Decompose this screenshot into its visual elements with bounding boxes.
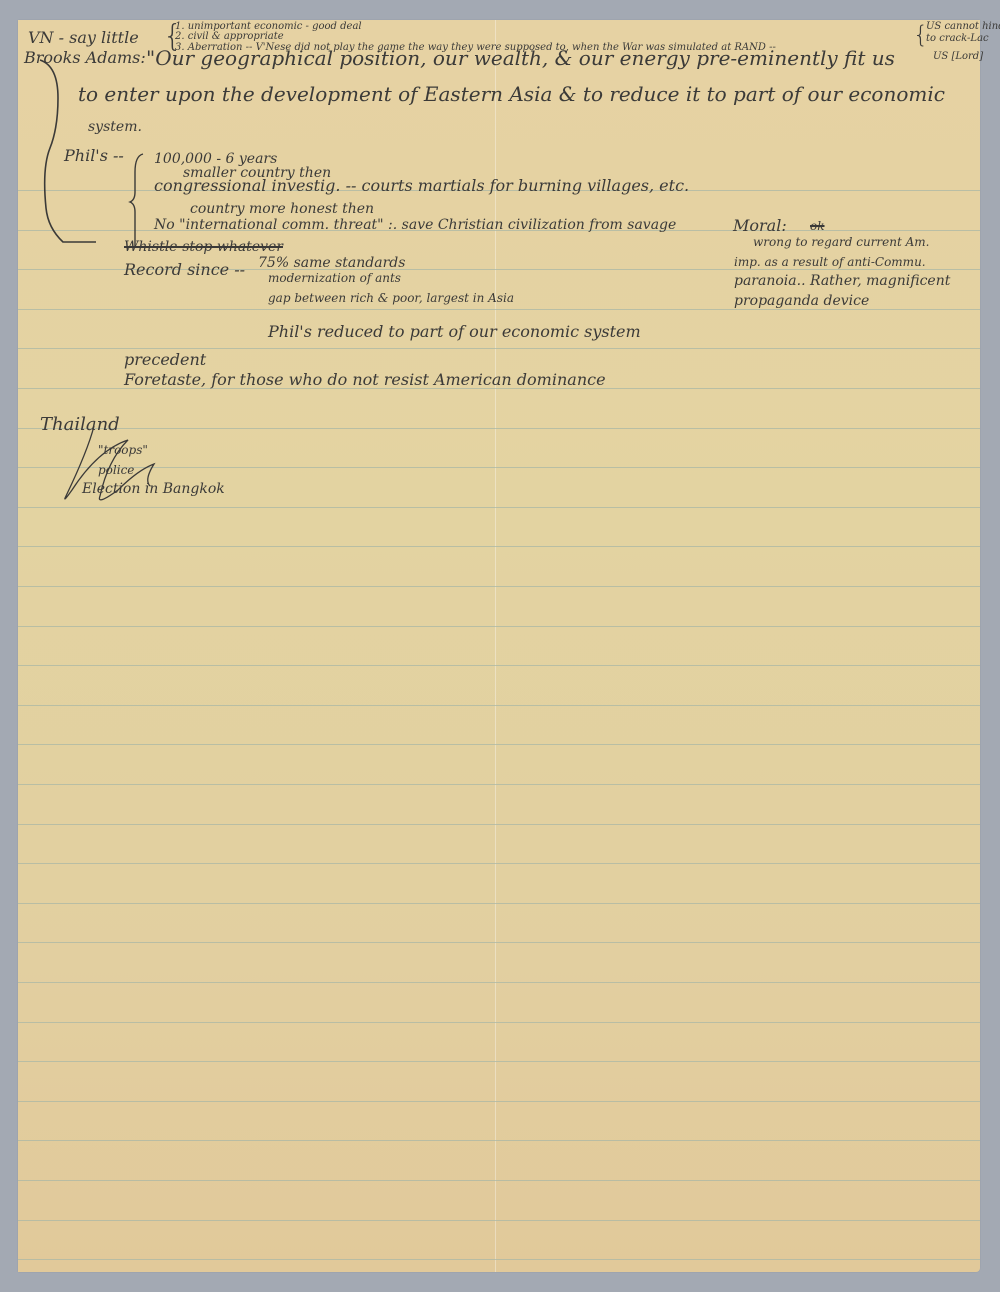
ruled-line — [18, 744, 980, 745]
ruled-line — [18, 863, 980, 864]
ruled-line — [18, 705, 980, 706]
rand-note-1: US cannot hinder home — [926, 22, 1000, 32]
ruled-line — [18, 982, 980, 983]
ruled-line — [18, 586, 980, 587]
moral-line-2: imp. as a result of anti-Commu. — [734, 256, 926, 268]
ruled-line — [18, 824, 980, 825]
ruled-line — [18, 665, 980, 666]
legal-paper-sheet: VN - say little { 1. unimportant economi… — [18, 20, 980, 1272]
moral-line-1: wrong to regard current Am. — [753, 236, 929, 248]
ruled-line — [18, 1220, 980, 1221]
record-since-label: Record since -- — [124, 262, 245, 278]
brooks-adams-quote-line-1: "Our geographical position, our wealth, … — [146, 48, 895, 68]
brooks-adams-quote-line-2: to enter upon the development of Eastern… — [78, 84, 945, 104]
vn-label: VN - say little — [28, 30, 139, 46]
ruled-line — [18, 1140, 980, 1141]
record-item-2: modernization of ants — [268, 272, 401, 284]
moral-struck: ok — [810, 220, 825, 232]
phils-label: Phil's -- — [64, 148, 124, 164]
rand-note-3: US [Lord] — [933, 52, 983, 62]
moral-label: Moral: — [733, 218, 787, 234]
moral-line-4: propaganda device — [734, 294, 869, 308]
ruled-line — [18, 348, 980, 349]
ruled-line — [18, 626, 980, 627]
brooks-adams-quote-line-3: system. — [88, 120, 142, 134]
phils-item-3: congressional investig. -- courts martia… — [154, 178, 689, 194]
ruled-line — [18, 546, 980, 547]
thailand-item-1: "troops" — [98, 444, 148, 456]
record-item-1: 75% same standards — [258, 256, 405, 270]
ruled-line — [18, 903, 980, 904]
ruled-line — [18, 309, 980, 310]
rand-note-2: to crack-Lac — [926, 34, 989, 44]
vn-list-item-2: 2. civil & appropriate — [175, 32, 284, 42]
precedent-label: precedent — [124, 352, 206, 368]
struck-line: Whistle-stop whatever — [124, 240, 283, 254]
phils-reduced-line: Phil's reduced to part of our economic s… — [268, 324, 641, 340]
moral-line-3: paranoia.. Rather, magnificent — [734, 274, 950, 288]
phils-item-4: country more honest then — [190, 202, 374, 216]
paper-fold-crease — [495, 20, 496, 1272]
thailand-item-2: police — [98, 464, 134, 476]
thailand-item-3: Election in Bangkok — [82, 482, 225, 496]
phils-item-5: No "international comm. threat" :. save … — [154, 218, 676, 232]
phils-brace — [129, 152, 149, 252]
ruled-line — [18, 942, 980, 943]
phils-item-1: 100,000 - 6 years — [154, 152, 277, 166]
precedent-line: Foretaste, for those who do not resist A… — [124, 372, 606, 388]
ruled-line — [18, 1101, 980, 1102]
ruled-line — [18, 1259, 980, 1260]
ruled-line — [18, 1022, 980, 1023]
record-item-3: gap between rich & poor, largest in Asia — [268, 292, 514, 304]
ruled-line — [18, 1180, 980, 1181]
ruled-line — [18, 1061, 980, 1062]
ruled-line — [18, 784, 980, 785]
